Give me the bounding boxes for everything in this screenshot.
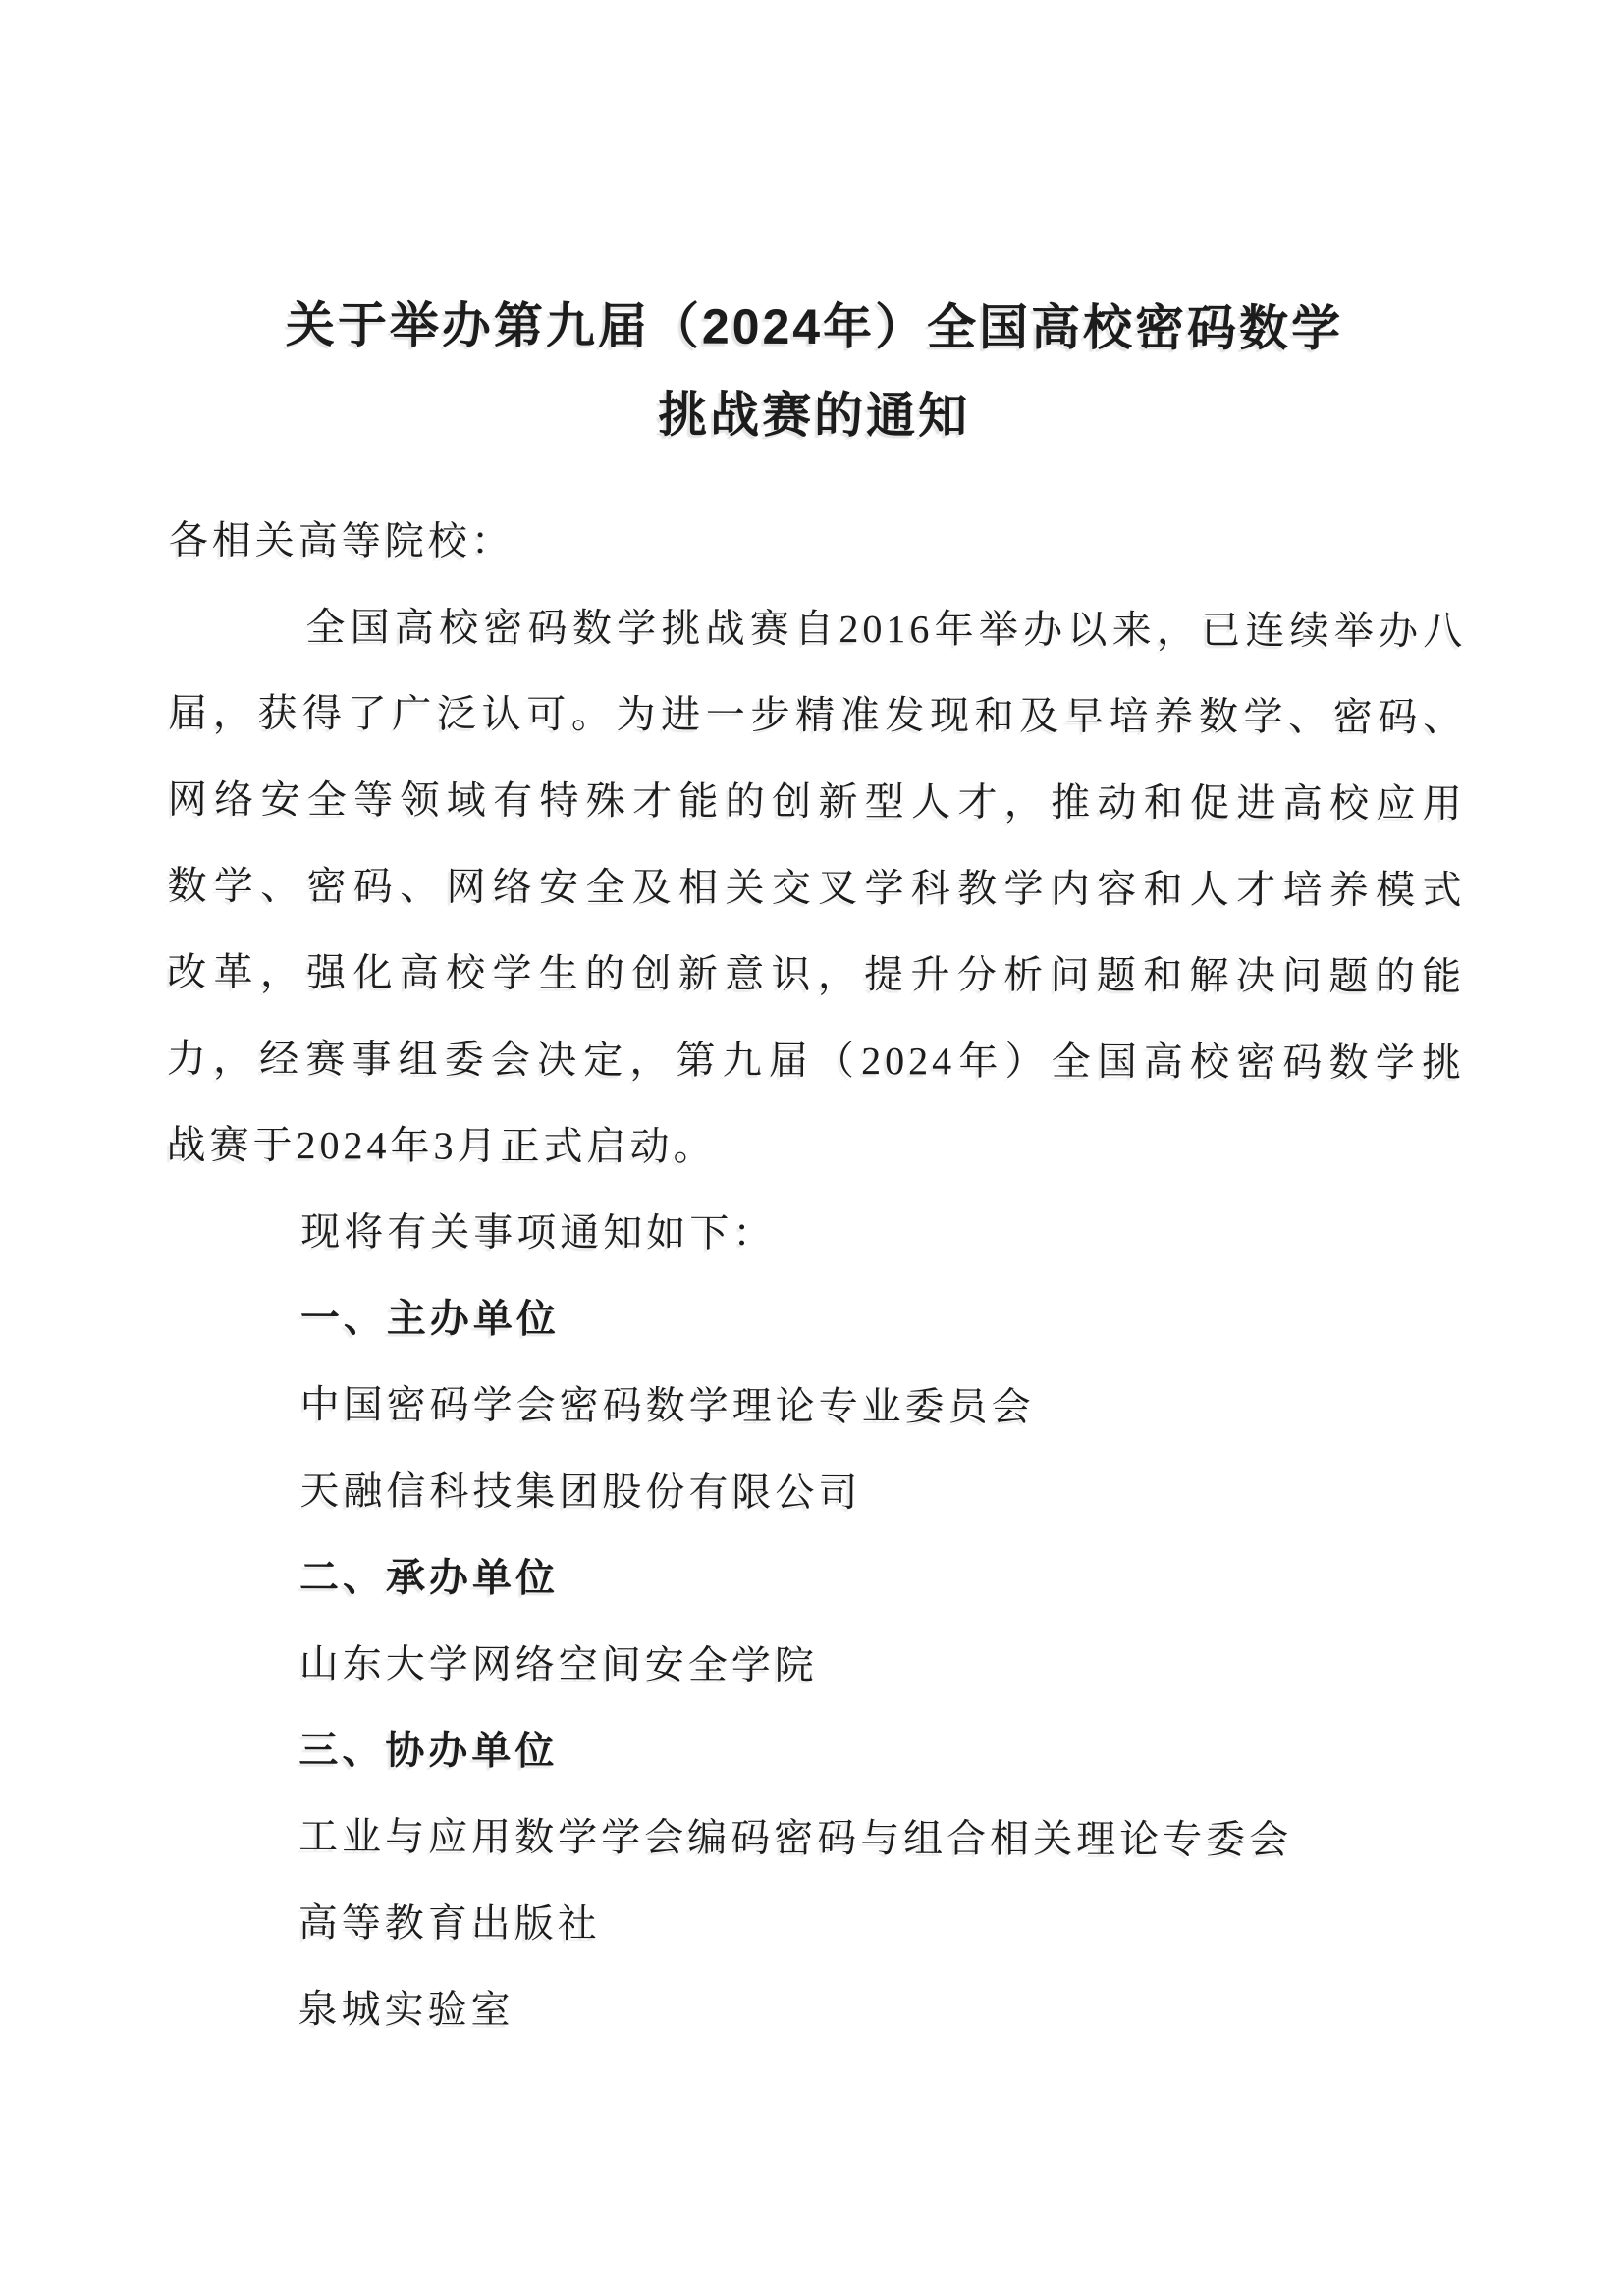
paragraph-line: 改革，强化高校学生的创新意识，提升分析问题和解决问题的能 <box>167 930 1465 1021</box>
scanned-sheet: 关于举办第九届（2024年）全国高校密码数学 挑战赛的通知 各相关高等院校： 全… <box>0 0 1624 2296</box>
paragraph-line: 全国高校密码数学挑战赛自2016年举办以来，已连续举办八 <box>168 584 1466 675</box>
org-line: 高等教育出版社 <box>164 1880 1462 1971</box>
org-line: 山东大学网络空间安全学院 <box>165 1621 1463 1712</box>
paragraph-line: 战赛于2024年3月正式启动。 <box>166 1102 1464 1194</box>
notice-lead-line: 现将有关事项通知如下： <box>166 1189 1464 1280</box>
document-title-line1: 关于举办第九届（2024年）全国高校密码数学 <box>2 280 1624 374</box>
paragraph-line: 届，获得了广泛认可。为进一步精准发现和及早培养数学、密码、 <box>168 670 1466 762</box>
document-page: 关于举办第九届（2024年）全国高校密码数学 挑战赛的通知 各相关高等院校： 全… <box>0 0 1624 2296</box>
document-title: 关于举办第九届（2024年）全国高校密码数学 挑战赛的通知 <box>2 280 1624 462</box>
section-heading: 一、主办单位 <box>166 1275 1464 1366</box>
org-line: 工业与应用数学学会编码密码与组合相关理论专委会 <box>164 1793 1462 1885</box>
org-line: 天融信科技集团股份有限公司 <box>165 1448 1463 1539</box>
paragraph-line: 数学、密码、网络安全及相关交叉学科教学内容和人才培养模式 <box>167 843 1465 934</box>
salutation-line: 各相关高等院校： <box>169 498 1467 589</box>
section-heading: 三、协办单位 <box>164 1707 1462 1798</box>
paragraph-line: 网络安全等领域有特殊才能的创新型人才，推动和促进高校应用 <box>168 757 1466 848</box>
paragraph-line: 力，经赛事组委会决定，第九届（2024年）全国高校密码数学挑 <box>167 1016 1465 1107</box>
sections: 一、主办单位中国密码学会密码数学理论专业委员会天融信科技集团股份有限公司二、承办… <box>163 1275 1464 2057</box>
section-heading: 二、承办单位 <box>165 1534 1463 1626</box>
org-line: 泉城实验室 <box>163 1966 1461 2057</box>
document-body: 各相关高等院校： 全国高校密码数学挑战赛自2016年举办以来，已连续举办八届，获… <box>163 498 1467 2057</box>
document-title-line2: 挑战赛的通知 <box>2 368 1624 462</box>
org-line: 中国密码学会密码数学理论专业委员会 <box>166 1362 1464 1453</box>
intro-paragraph: 全国高校密码数学挑战赛自2016年举办以来，已连续举办八届，获得了广泛认可。为进… <box>166 584 1466 1194</box>
